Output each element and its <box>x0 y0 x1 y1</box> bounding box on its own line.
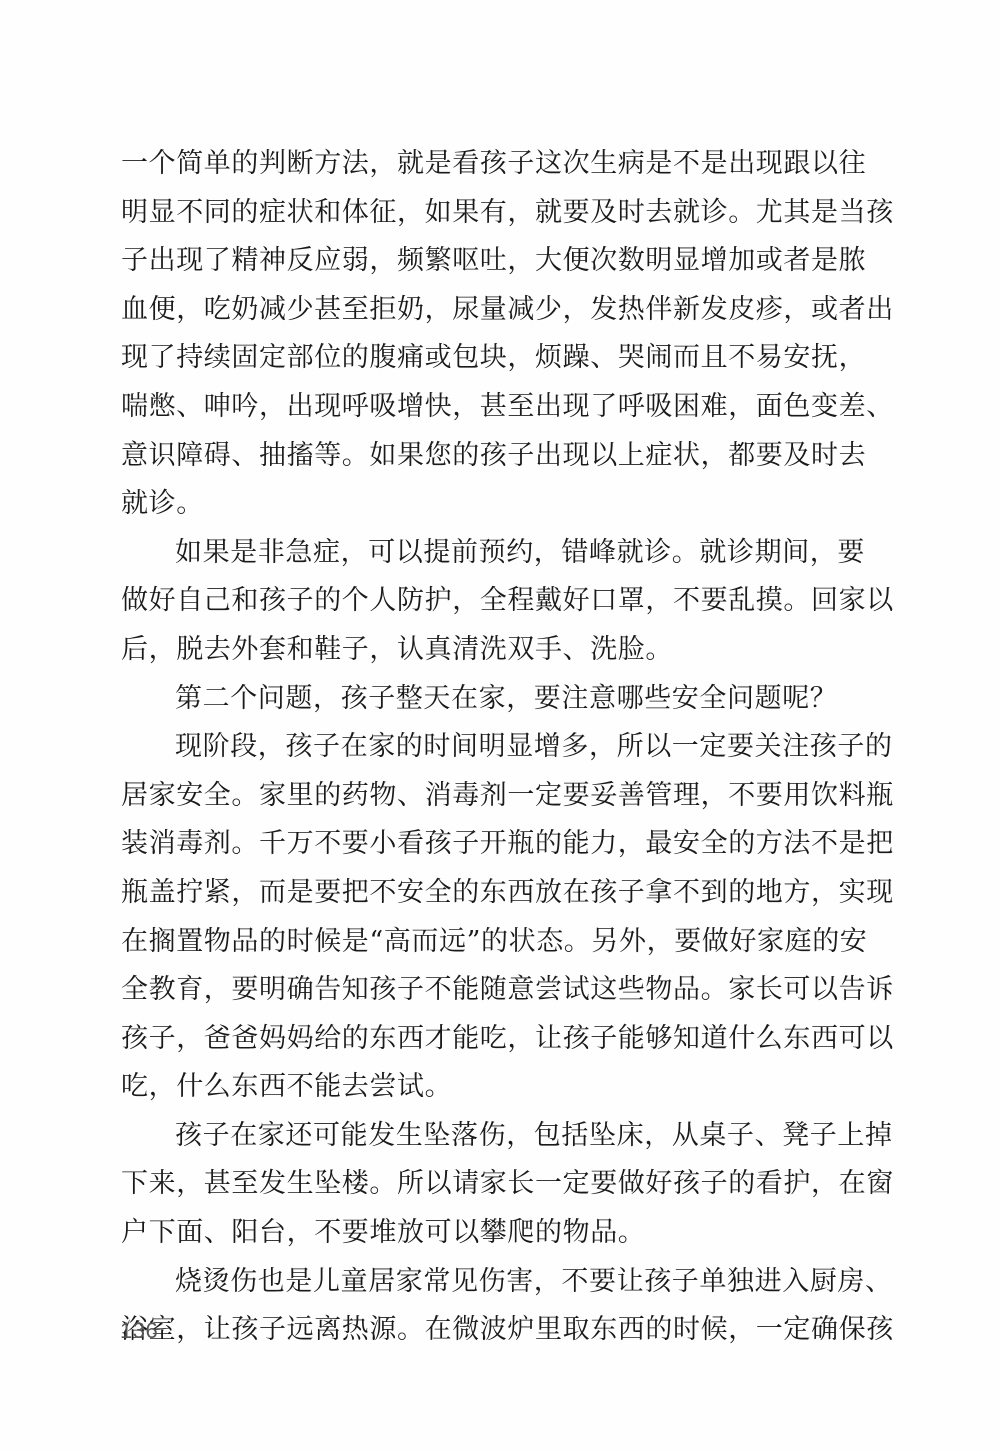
text-line: 第二个问题，孩子整天在家，要注意哪些安全问题呢？ <box>121 675 851 724</box>
text-line: 一个简单的判断方法，就是看孩子这次生病是不是出现跟以往 <box>121 140 851 189</box>
text-line: 瓶盖拧紧，而是要把不安全的东西放在孩子拿不到的地方，实现 <box>121 869 851 918</box>
text-line: 下来，甚至发生坠楼。所以请家长一定要做好孩子的看护，在窗 <box>121 1160 851 1209</box>
text-line: 子出现了精神反应弱，频繁呕吐，大便次数明显增加或者是脓 <box>121 237 851 286</box>
text-line: 户下面、阳台，不要堆放可以攀爬的物品。 <box>121 1209 851 1258</box>
text-line: 喘憋、呻吟，出现呼吸增快，甚至出现了呼吸困难，面色变差、 <box>121 383 851 432</box>
text-line: 明显不同的症状和体征，如果有，就要及时去就诊。尤其是当孩 <box>121 189 851 238</box>
body-text: 一个简单的判断方法，就是看孩子这次生病是不是出现跟以往明显不同的症状和体征，如果… <box>121 140 851 1355</box>
text-line: 居家安全。家里的药物、消毒剂一定要妥善管理，不要用饮料瓶 <box>121 772 851 821</box>
page-number: 136 <box>120 1318 158 1344</box>
text-line: 孩子，爸爸妈妈给的东西才能吃，让孩子能够知道什么东西可以 <box>121 1015 851 1064</box>
text-line: 后，脱去外套和鞋子，认真清洗双手、洗脸。 <box>121 626 851 675</box>
text-line: 在搁置物品的时候是“高而远”的状态。另外，要做好家庭的安 <box>121 918 851 967</box>
text-line: 全教育，要明确告知孩子不能随意尝试这些物品。家长可以告诉 <box>121 966 851 1015</box>
text-line: 意识障碍、抽搐等。如果您的孩子出现以上症状，都要及时去 <box>121 432 851 481</box>
text-line: 装消毒剂。千万不要小看孩子开瓶的能力，最安全的方法不是把 <box>121 820 851 869</box>
text-line: 如果是非急症，可以提前预约，错峰就诊。就诊期间，要 <box>121 529 851 578</box>
text-line: 浴室，让孩子远离热源。在微波炉里取东西的时候，一定确保孩 <box>121 1306 851 1355</box>
text-line: 现阶段，孩子在家的时间明显增多，所以一定要关注孩子的 <box>121 723 851 772</box>
book-page: 一个简单的判断方法，就是看孩子这次生病是不是出现跟以往明显不同的症状和体征，如果… <box>0 0 1000 1450</box>
text-line: 烧烫伤也是儿童居家常见伤害，不要让孩子单独进入厨房、 <box>121 1258 851 1307</box>
text-line: 孩子在家还可能发生坠落伤，包括坠床，从桌子、凳子上掉 <box>121 1112 851 1161</box>
text-line: 就诊。 <box>121 480 851 529</box>
text-line: 血便，吃奶减少甚至拒奶，尿量减少，发热伴新发皮疹，或者出 <box>121 286 851 335</box>
text-line: 吃，什么东西不能去尝试。 <box>121 1063 851 1112</box>
text-line: 现了持续固定部位的腹痛或包块，烦躁、哭闹而且不易安抚， <box>121 334 851 383</box>
text-line: 做好自己和孩子的个人防护，全程戴好口罩，不要乱摸。回家以 <box>121 577 851 626</box>
